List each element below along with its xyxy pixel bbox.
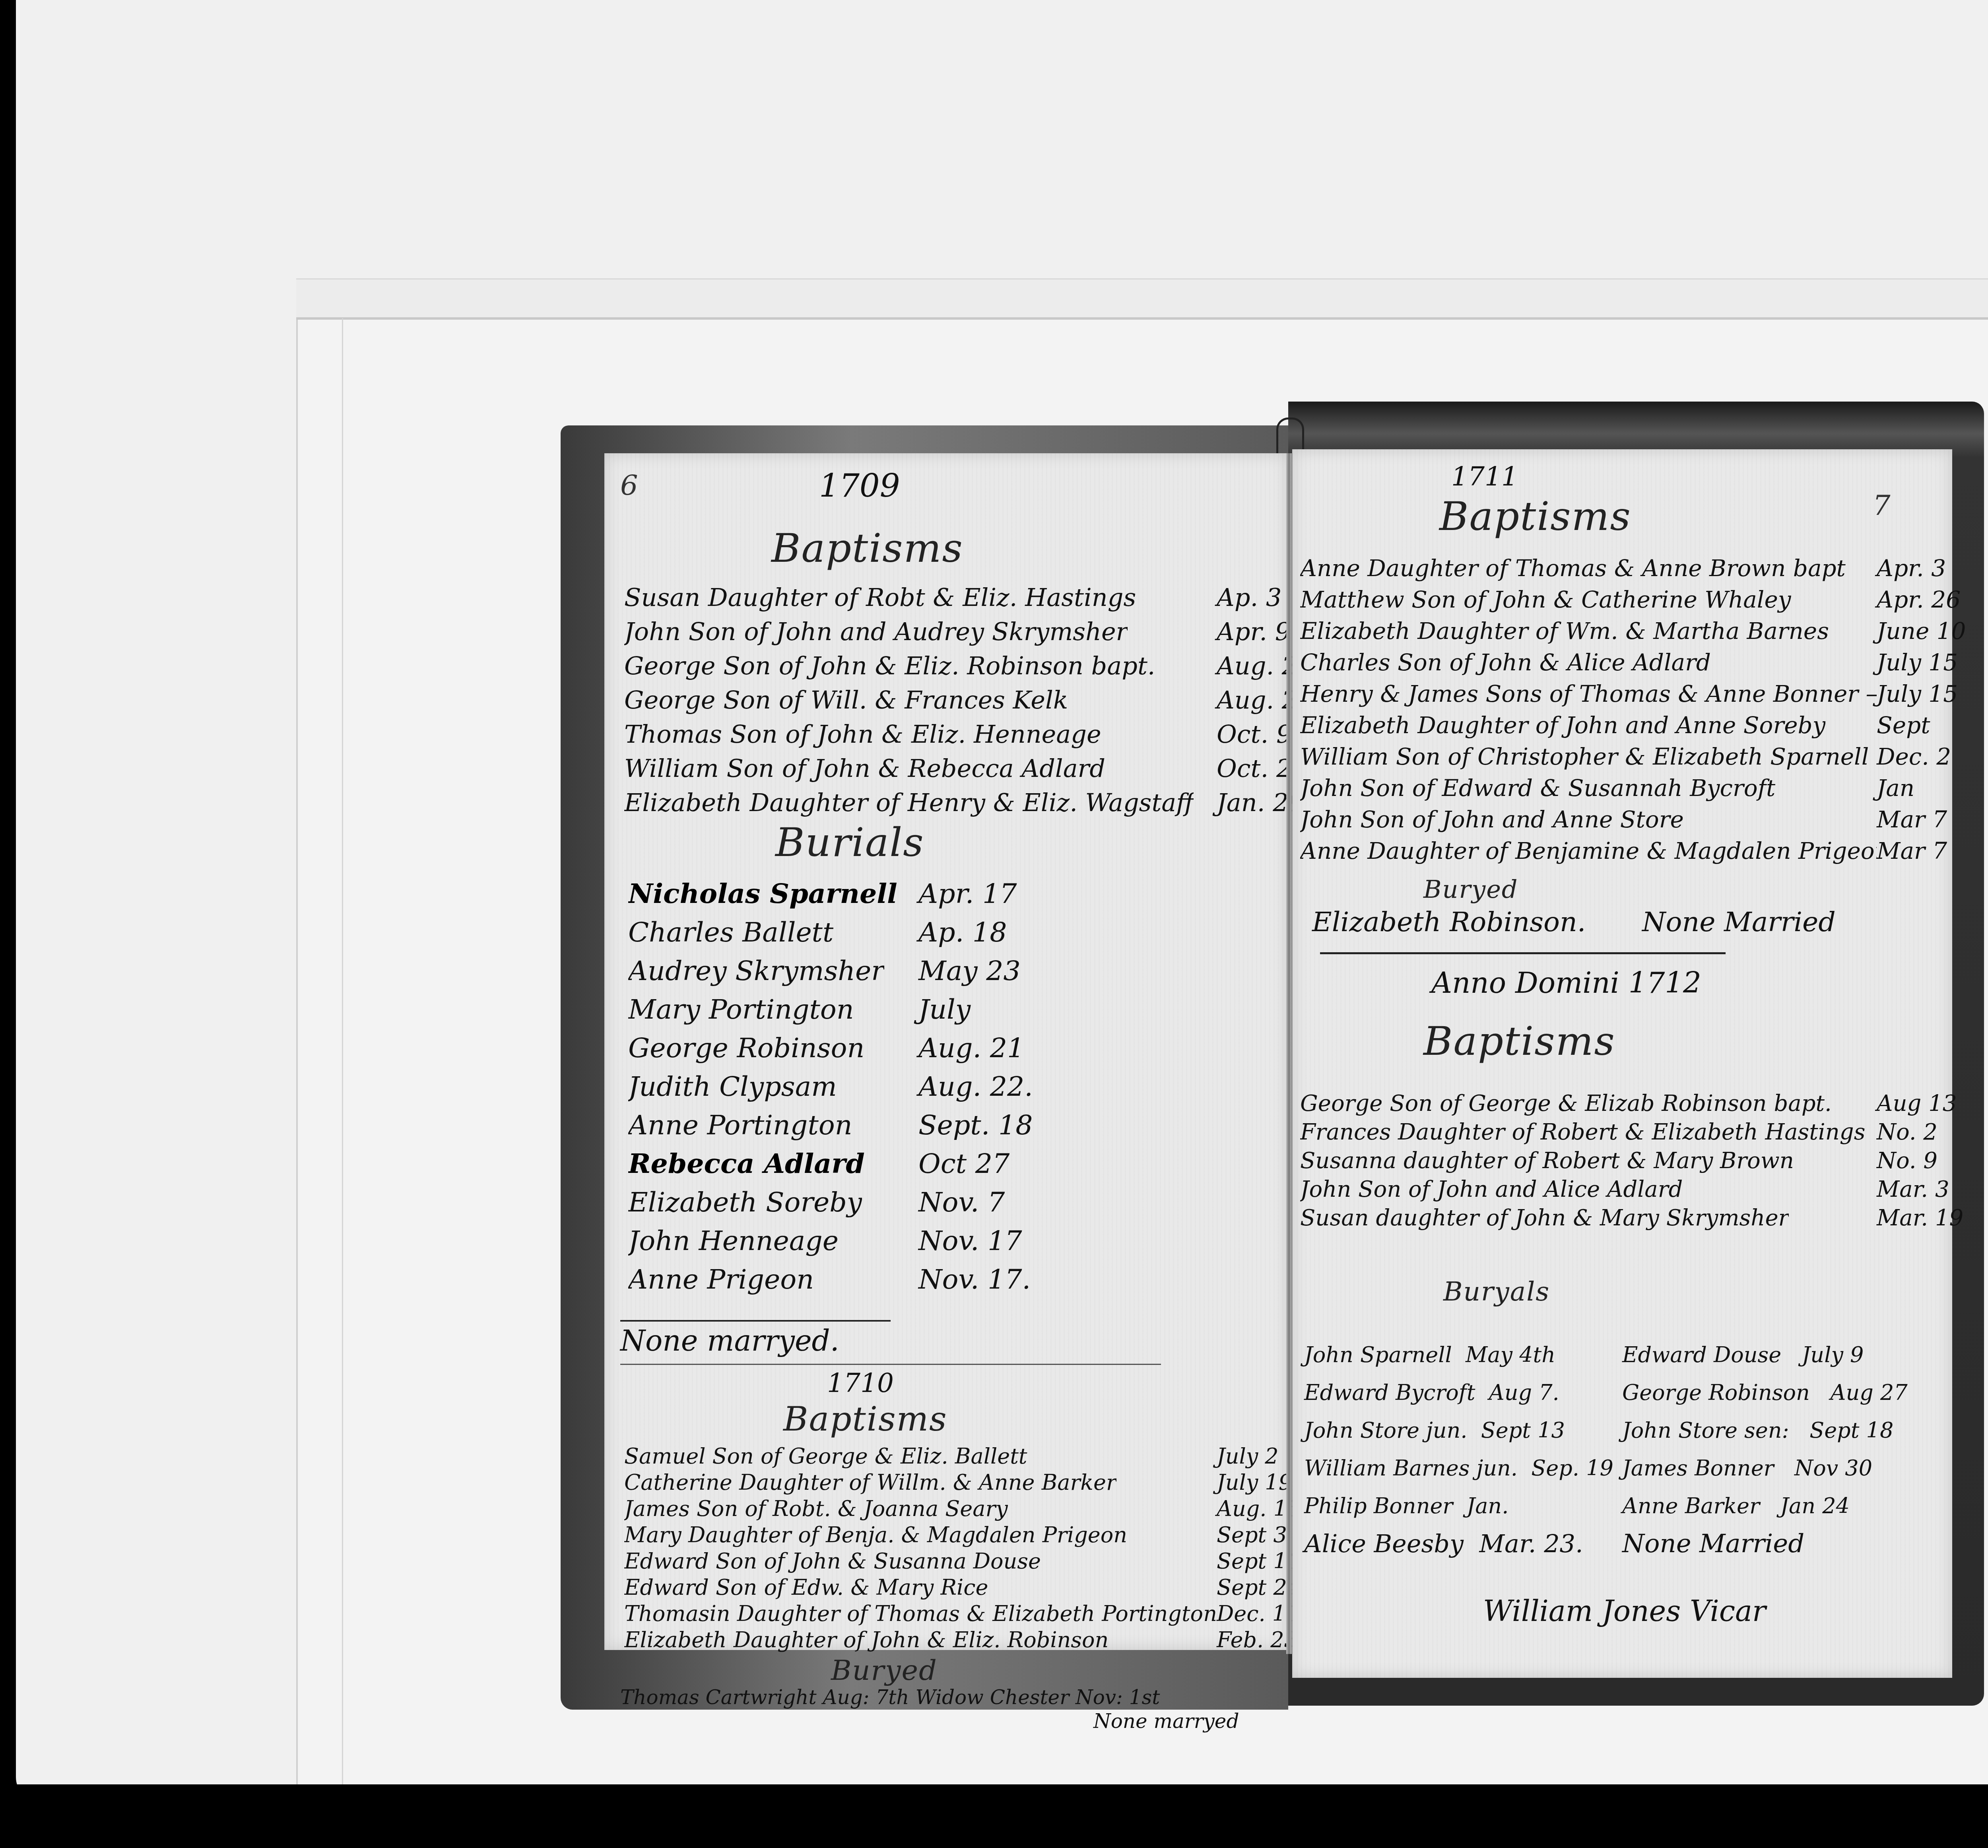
register-entry: Elizabeth Daughter of Henry & Eliz. Wags… — [624, 786, 1284, 820]
baptisms-1711-list: Anne Daughter of Thomas & Anne Brown bap… — [1300, 553, 1944, 867]
register-entry: Susan daughter of John & Mary SkrymsherM… — [1300, 1204, 1944, 1233]
register-entry: Nicholas SparnellApr. 17 — [628, 875, 1026, 913]
register-entry-pair: William Barnes jun. Sep. 19 James Bonner… — [1304, 1449, 1948, 1487]
divider-rule — [620, 1320, 891, 1322]
register-book: 6 1709 Baptisms Susan Daughter of Robt &… — [561, 402, 1984, 1710]
register-entry: Susan Daughter of Robt & Eliz. HastingsA… — [624, 580, 1284, 615]
divider-rule — [1320, 952, 1726, 954]
register-entry-pair: Philip Bonner Jan. Anne Barker Jan 24 — [1304, 1487, 1948, 1525]
register-entry: Mary PortingtonJuly — [628, 990, 1026, 1029]
section-heading-baptisms: Baptisms — [783, 1400, 947, 1439]
register-entry: John Son of John and Anne StoreMar 7 — [1300, 804, 1944, 835]
register-entry: Mary Daughter of Benja. & Magdalen Prige… — [624, 1522, 1284, 1548]
year-heading: Anno Domini 1712 — [1431, 966, 1701, 1000]
register-entry: George Son of George & Elizab Robinson b… — [1300, 1089, 1944, 1118]
register-entry: George Son of Will. & Frances KelkAug. 2… — [624, 683, 1284, 717]
baptisms-1712-list: George Son of George & Elizab Robinson b… — [1300, 1089, 1944, 1233]
year-heading: 1711 — [1451, 461, 1518, 492]
register-entry: Anne PrigeonNov. 17. — [628, 1260, 1026, 1299]
burials-1709-list: Nicholas SparnellApr. 17 Charles Ballett… — [628, 875, 1026, 1299]
section-heading-baptisms: Baptisms — [1423, 1018, 1615, 1064]
register-entry: John Son of John and Alice AdlardMar. 3 — [1300, 1175, 1944, 1204]
register-entry-pair: Edward Bycroft Aug 7. George Robinson Au… — [1304, 1374, 1948, 1411]
register-entry: Anne PortingtonSept. 18 — [628, 1106, 1026, 1145]
register-entry-pair: John Sparnell May 4th Edward Douse July … — [1304, 1336, 1948, 1374]
register-entry: John HenneageNov. 17 — [628, 1222, 1026, 1260]
section-heading-buryed: Buryed — [831, 1654, 938, 1687]
register-entry: Elizabeth Daughter of John and Anne Sore… — [1300, 710, 1944, 741]
register-entry: Rebecca AdlardOct 27 — [628, 1145, 1026, 1183]
register-entry: Audrey SkrymsherMay 23 — [628, 952, 1026, 990]
register-entry: Elizabeth Daughter of John & Eliz. Robin… — [624, 1627, 1284, 1653]
register-entry: William Son of John & Rebecca AdlardOct.… — [624, 751, 1284, 786]
register-entry: Henry & James Sons of Thomas & Anne Bonn… — [1300, 678, 1944, 710]
baptisms-1709-list: Susan Daughter of Robt & Eliz. HastingsA… — [624, 580, 1284, 820]
register-entry: Elizabeth Daughter of Wm. & Martha Barne… — [1300, 615, 1944, 647]
none-married-note: None marryed — [1093, 1710, 1239, 1733]
register-entry: John Son of Edward & Susannah BycroftJan — [1300, 773, 1944, 804]
burial-line: Elizabeth Robinson. — [1312, 907, 1586, 938]
register-entry: Charles Son of John & Alice AdlardJuly 1… — [1300, 647, 1944, 678]
section-heading-buryals: Buryals — [1443, 1276, 1550, 1307]
register-entry: Susanna daughter of Robert & Mary BrownN… — [1300, 1147, 1944, 1175]
register-entry: Edward Son of Edw. & Mary RiceSept 24 — [624, 1574, 1284, 1601]
right-page: 1711 7 Baptisms Anne Daughter of Thomas … — [1292, 449, 1952, 1678]
burials-1712-list: John Sparnell May 4th Edward Douse July … — [1304, 1336, 1948, 1563]
page-number: 7 — [1873, 489, 1891, 522]
none-married-note: None Married — [1642, 907, 1836, 938]
register-entry: Thomasin Daughter of Thomas & Elizabeth … — [624, 1601, 1284, 1627]
section-heading-baptisms: Baptisms — [771, 525, 963, 571]
register-entry: Anne Daughter of Thomas & Anne Brown bap… — [1300, 553, 1944, 584]
year-heading: 1710 — [827, 1368, 894, 1398]
register-entry: John Son of John and Audrey SkrymsherApr… — [624, 615, 1284, 649]
register-entry: Catherine Daughter of Willm. & Anne Bark… — [624, 1469, 1284, 1496]
section-heading-burials: Burials — [775, 819, 924, 866]
register-entry: Samuel Son of George & Eliz. BallettJuly… — [624, 1443, 1284, 1469]
section-heading-buryed: Buryed — [1423, 875, 1518, 904]
divider-rule — [620, 1364, 1161, 1365]
register-entry: Edward Son of John & Susanna DouseSept 1… — [624, 1548, 1284, 1574]
register-entry: James Son of Robt. & Joanna SearyAug. 15 — [624, 1496, 1284, 1522]
register-entry: Charles BallettAp. 18 — [628, 913, 1026, 952]
register-entry: Matthew Son of John & Catherine WhaleyAp… — [1300, 584, 1944, 615]
register-entry: George Son of John & Eliz. Robinson bapt… — [624, 649, 1284, 683]
register-entry: Judith ClypsamAug. 22. — [628, 1068, 1026, 1106]
scan-bottom-edge — [0, 1784, 1988, 1848]
mounting-strip — [296, 278, 1988, 320]
register-entry: George RobinsonAug. 21 — [628, 1029, 1026, 1068]
register-entry: Thomas Son of John & Eliz. HenneageOct. … — [624, 717, 1284, 751]
register-entry-pair: Alice Beesby Mar. 23. None Married — [1304, 1525, 1948, 1563]
baptisms-1710-list: Samuel Son of George & Eliz. BallettJuly… — [624, 1443, 1284, 1653]
register-entry: Anne Daughter of Benjamine & Magdalen Pr… — [1300, 835, 1944, 867]
page-gutter — [1286, 453, 1292, 1654]
none-married-note: None marryed. — [620, 1324, 839, 1357]
register-entry: Elizabeth SorebyNov. 7 — [628, 1183, 1026, 1222]
left-page: 6 1709 Baptisms Susan Daughter of Robt &… — [604, 453, 1288, 1650]
register-entry: William Son of Christopher & Elizabeth S… — [1300, 741, 1944, 773]
page-number: 6 — [620, 469, 638, 502]
register-entry-pair: John Store jun. Sept 13 John Store sen: … — [1304, 1411, 1948, 1449]
vicar-signature: William Jones Vicar — [1483, 1594, 1766, 1628]
year-heading: 1709 — [819, 467, 900, 504]
section-heading-baptisms: Baptisms — [1439, 493, 1631, 540]
register-entry: Frances Daughter of Robert & Elizabeth H… — [1300, 1118, 1944, 1147]
burial-line: Thomas Cartwright Aug: 7th Widow Chester… — [620, 1686, 1160, 1709]
